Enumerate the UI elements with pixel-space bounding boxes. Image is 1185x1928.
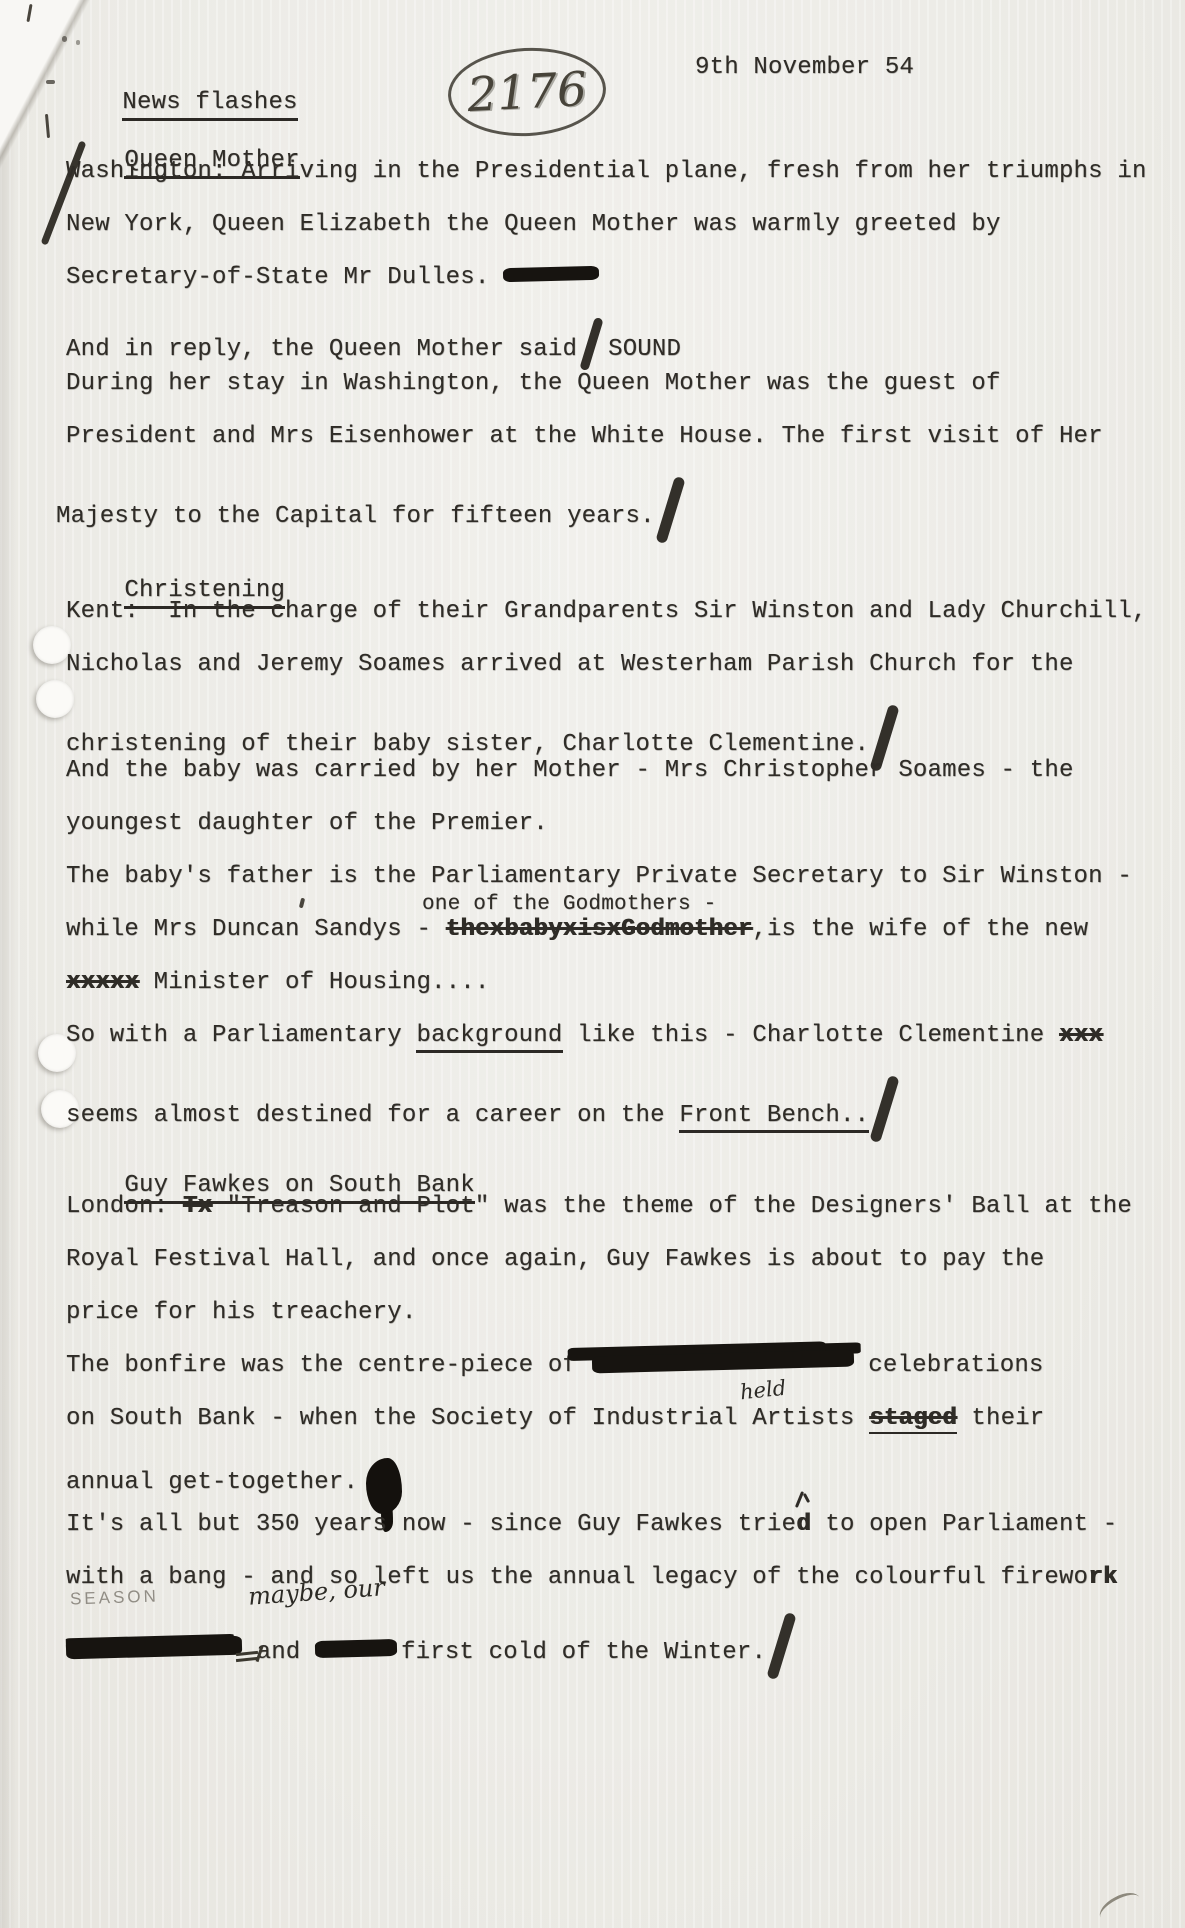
struck-text: staged <box>869 1405 957 1434</box>
ink-blot <box>366 1458 402 1514</box>
sound-cue: SOUND <box>608 336 681 363</box>
caret-stroke <box>236 1651 258 1656</box>
typed-line: Washington: Arriving in the Presidential… <box>66 158 1147 185</box>
redaction-mark <box>66 1636 242 1660</box>
typed-line: while Mrs Duncan Sandys - thexbabyxisxGo… <box>66 916 1088 943</box>
typed-line: youngest daughter of the Premier. <box>66 810 548 837</box>
typed-line: price for his treachery. <box>66 1299 416 1326</box>
document-page: News flashes 9th November 54 2176 Queen … <box>0 0 1185 1928</box>
margin-mark <box>76 40 80 45</box>
typed-line: with a bang - and so left us the annual … <box>66 1564 1117 1591</box>
margin-mark <box>46 80 55 84</box>
caret-mark <box>299 898 305 909</box>
typed-line: annual get-together. <box>66 1458 402 1514</box>
redaction-mark <box>503 266 599 283</box>
page-number-circled: 2176 <box>446 44 608 140</box>
overtyped-text: d <box>796 1511 811 1538</box>
page-title-text: News flashes <box>122 89 297 121</box>
caret-stroke <box>236 1657 258 1662</box>
pencil-squiggle <box>1095 1887 1145 1928</box>
typed-line: So with a Parliamentary background like … <box>66 1022 1103 1049</box>
typed-line: on South Bank - when the Society of Indu… <box>66 1405 1044 1432</box>
typed-line: Kent: In the charge of their Grandparent… <box>66 598 1147 625</box>
typed-line: London: Tx "Treason and Plot" was the th… <box>66 1193 1132 1220</box>
redaction-mark <box>592 1350 854 1374</box>
edit-slash-mark <box>579 317 603 371</box>
typed-line: It's all but 350 years now - since Guy F… <box>66 1511 1117 1538</box>
edit-slash-mark <box>869 1075 899 1143</box>
underlined-text: Front Bench.. <box>679 1102 869 1133</box>
underlined-text: background <box>416 1022 562 1053</box>
caret-mark <box>236 1652 266 1668</box>
struck-text: thexbabyxisxGodmother <box>446 916 753 943</box>
typed-line: The bonfire was the centre-piece of cele… <box>66 1352 1044 1379</box>
typed-line: President and Mrs Eisenhower at the Whit… <box>66 423 1103 450</box>
overtyped-text: rk <box>1088 1564 1117 1591</box>
check-mark <box>803 1493 810 1503</box>
struck-text: xxx <box>1059 1022 1103 1049</box>
typed-line: xxxxx Minister of Housing.... <box>66 969 489 996</box>
typed-line: And in reply, the Queen Mother saidSOUND <box>66 317 681 371</box>
typed-line: Secretary-of-State Mr Dulles. <box>66 264 599 291</box>
typed-line: New York, Queen Elizabeth the Queen Moth… <box>66 211 1001 238</box>
typed-line: During her stay in Washington, the Queen… <box>66 370 1001 397</box>
handwritten-season: SEASON <box>70 1586 160 1609</box>
typed-line: seems almost destined for a career on th… <box>66 1075 902 1143</box>
struck-text: xxxxx <box>66 969 139 996</box>
typed-insert-godmothers: one of the Godmothers - <box>422 893 716 916</box>
typed-line: and first cold of the Winter. <box>66 1612 799 1680</box>
date: 9th November 54 <box>695 54 914 81</box>
handwritten-held: held <box>739 1376 787 1405</box>
typed-line: And the baby was carried by her Mother -… <box>66 757 1074 784</box>
margin-mark <box>62 36 67 42</box>
typed-line: Majesty to the Capital for fifteen years… <box>56 476 688 544</box>
typed-line: The baby's father is the Parliamentary P… <box>66 863 1132 890</box>
page-number-text: 2176 <box>466 61 588 122</box>
redaction-mark <box>315 1639 397 1658</box>
struck-text: Tx <box>183 1193 212 1220</box>
typed-line: Nicholas and Jeremy Soames arrived at We… <box>66 651 1074 678</box>
edit-slash-mark <box>655 476 685 544</box>
edit-slash-mark <box>766 1612 796 1680</box>
typed-line: Royal Festival Hall, and once again, Guy… <box>66 1246 1044 1273</box>
